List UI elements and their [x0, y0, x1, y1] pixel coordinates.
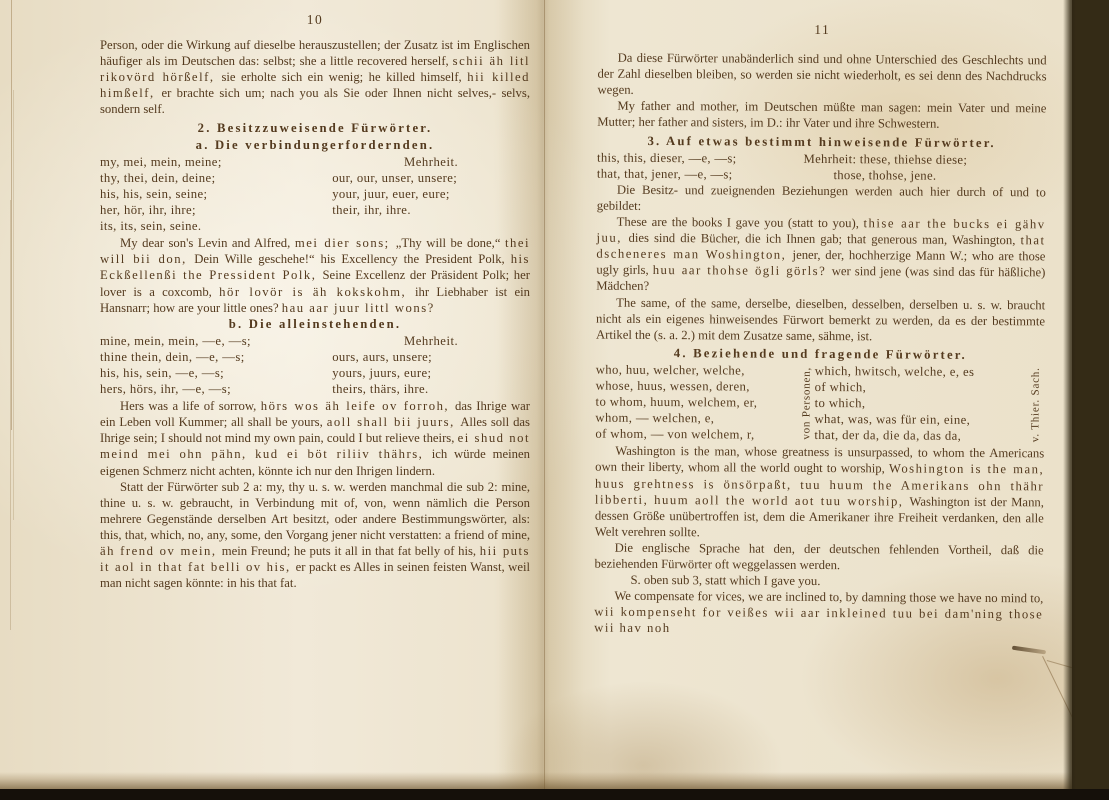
rotated-label-persons: von Personen,: [797, 363, 814, 444]
pronoun-line: my, mei, mein, meine;: [100, 154, 332, 170]
text-run: Die englische Sprache hat den, der deuts…: [595, 541, 1044, 572]
paragraph: Hers was a life of sorrow, hörs wos äh l…: [100, 398, 530, 478]
rotated-label-things: v. Thier. Sach.: [1027, 364, 1044, 445]
pronoun-list-singular: mine, mein, mein, —e, —s;thine thein, de…: [100, 333, 332, 397]
phonetic-text: aoll shall bii juurs,: [327, 415, 461, 429]
text-run: My father and mother, im Deutschen müßte…: [597, 99, 1046, 131]
pronoun-line: his, his, sein, seine;: [100, 186, 332, 202]
text-run: dies sind die Bücher, die ich Ihnen gab;…: [628, 231, 1020, 247]
plural-title: Mehrheit.: [332, 154, 530, 170]
page-10-content: Person, oder die Wirkung auf dieselbe he…: [100, 37, 530, 591]
table-column-things: which, hwitsch, welche, e, esof which,to…: [814, 363, 1027, 445]
pronoun-line: to which,: [815, 395, 1028, 412]
phonetic-text: mei dier sons;: [295, 236, 396, 250]
pronoun-line: to whom, huum, welchem, er,: [596, 394, 798, 411]
paragraph: Statt der Fürwörter sub 2 a: my, thy u. …: [100, 479, 530, 592]
pronoun-line: of which,: [815, 379, 1028, 396]
rotated-text: v. Thier. Sach.: [1028, 367, 1045, 442]
pronoun-line: who, huu, welcher, welche,: [596, 362, 798, 379]
pronoun-line: which, hwitsch, welche, e, es: [815, 363, 1028, 380]
page-11: 11 Da diese Fürwörter unabänderlich sind…: [594, 21, 1047, 639]
pronoun-line: Mehrheit: these, thiehse diese;: [804, 151, 968, 168]
text-run: My dear son's Levin and Alfred,: [120, 236, 295, 250]
pronoun-line: thy, thei, dein, deine;: [100, 170, 332, 186]
section-heading: b. Die alleinstehenden.: [100, 316, 530, 332]
text-run: mein Freund; he puts it all in that fat …: [222, 544, 480, 558]
page-number: 10: [100, 12, 530, 28]
section-heading: 4. Beziehende und fragende Fürwörter.: [596, 344, 1045, 363]
pronoun-line: of whom, — von welchem, r,: [595, 426, 797, 443]
pronoun-line: their, ihr, ihre.: [332, 202, 530, 218]
pronoun-line: what, was, was für ein, eine,: [814, 411, 1027, 428]
pronoun-line: whose, huus, wessen, deren,: [596, 378, 798, 395]
pronoun-line: her, hör, ihr, ihre;: [100, 202, 332, 218]
text-run: „Thy will be done,“: [396, 236, 505, 250]
text-run: Die Besitz- und zueignenden Beziehungen …: [597, 183, 1046, 213]
book-scan: 10 Person, oder die Wirkung auf dieselbe…: [0, 0, 1109, 800]
pronoun-line: our, our, unser, unsere;: [332, 170, 530, 186]
pronoun-line: mine, mein, mein, —e, —s;: [100, 333, 332, 349]
pronoun-line: thine thein, dein, —e, —s;: [100, 349, 332, 365]
pronoun-list-plural: Mehrheit.our, our, unser, unsere;your, j…: [332, 154, 530, 234]
demonstrative-list: this, this, dieser, —e, —s;Mehrheit: the…: [597, 149, 1046, 184]
rotated-text: von Personen,: [798, 367, 815, 440]
text-run: The same, of the same, derselbe, dieselb…: [596, 295, 1045, 343]
paragraph: The same, of the same, derselbe, dieselb…: [596, 294, 1045, 345]
paragraph: Die englische Sprache hat den, der deuts…: [595, 540, 1044, 575]
relative-pronoun-table: who, huu, welcher, welche,whose, huus, w…: [595, 362, 1044, 445]
paragraph: Da diese Fürwörter unabänderlich sind un…: [597, 50, 1046, 101]
paragraph: Die Besitz- und zueignenden Beziehungen …: [597, 181, 1046, 216]
phonetic-text: hörs wos äh leife ov forroh,: [261, 399, 455, 413]
pronoun-line: those, thohse, jene.: [803, 167, 936, 184]
pronoun-list: mine, mein, mein, —e, —s;thine thein, de…: [100, 333, 530, 397]
pronoun-line: its, its, sein, seine.: [100, 218, 332, 234]
pronoun-line: hers, hörs, ihr, —e, —s;: [100, 381, 332, 397]
paragraph: These are the books I gave you (statt to…: [596, 214, 1045, 297]
paragraph: My father and mother, im Deutschen müßte…: [597, 98, 1046, 133]
text-run: S. oben sub 3, statt which I gave you.: [630, 573, 820, 588]
page-number: 11: [598, 21, 1047, 40]
pronoun-list: my, mei, mein, meine;thy, thei, dein, de…: [100, 154, 530, 234]
paragraph: Person, oder die Wirkung auf dieselbe he…: [100, 37, 530, 117]
pronoun-line: whom, — welchen, e,: [595, 410, 797, 427]
page-11-content: Da diese Fürwörter unabänderlich sind un…: [594, 50, 1047, 639]
text-run: Hers was a life of sorrow,: [120, 399, 261, 413]
pronoun-line: his, his, sein, —e, —s;: [100, 365, 332, 381]
paragraph: My dear son's Levin and Alfred, mei dier…: [100, 235, 530, 315]
pronoun-line: this, this, dieser, —e, —s;: [597, 149, 804, 166]
pronoun-line: that, that, jener, —e, —s;: [597, 165, 804, 182]
pronoun-line: your, juur, euer, eure;: [332, 186, 530, 202]
gutter-crease-line: [544, 0, 545, 789]
text-run: Dein Wille geschehe!“ his Excellency the…: [194, 252, 510, 266]
pronoun-line: yours, juurs, eure;: [332, 365, 530, 381]
text-run: These are the books I gave you (statt to…: [617, 215, 864, 231]
pronoun-line: theirs, thärs, ihre.: [332, 381, 530, 397]
paper-spread: 10 Person, oder die Wirkung auf dieselbe…: [0, 0, 1072, 789]
phonetic-text: wii kompenseht for veißes wii aar inklei…: [594, 605, 1043, 636]
section-heading: 3. Auf etwas bestimmt hinweisende Fürwör…: [597, 132, 1046, 151]
phonetic-text: hau aar juur littl wons?: [282, 301, 435, 315]
scan-dark-edge-bottom: [0, 789, 1109, 800]
paragraph: We compensate for vices, we are inclined…: [594, 588, 1043, 639]
phonetic-text: hör lovör is äh kokskohm,: [219, 285, 415, 299]
paper-crease-mark: [1012, 646, 1046, 655]
plural-title: Mehrheit.: [332, 333, 530, 349]
pronoun-line: ours, aurs, unsere;: [332, 349, 530, 365]
section-heading: 2. Besitzzuweisende Fürwörter.: [100, 120, 530, 136]
paragraph: Washington is the man, whose greatness i…: [595, 443, 1045, 542]
phonetic-text: äh frend ov mein,: [100, 544, 222, 558]
pronoun-line: that, der da, die da, das da,: [814, 427, 1027, 444]
text-run: Da diese Fürwörter unabänderlich sind un…: [597, 51, 1046, 97]
page-10: 10 Person, oder die Wirkung auf dieselbe…: [100, 12, 530, 591]
text-run: We compensate for vices, we are inclined…: [614, 589, 1043, 606]
pronoun-list-singular: my, mei, mein, meine;thy, thei, dein, de…: [100, 154, 332, 234]
bottom-edge-smear: [0, 772, 1072, 789]
pronoun-list-plural: Mehrheit.ours, aurs, unsere;yours, juurs…: [332, 333, 530, 397]
text-run: sie erholte sich ein wenig; he killed hi…: [221, 70, 467, 84]
section-heading: a. Die verbindungerfordernden.: [100, 137, 530, 153]
table-column-persons: who, huu, welcher, welche,whose, huus, w…: [595, 362, 798, 444]
phonetic-text: huu aar thohse ögli görls?: [653, 263, 832, 278]
scan-dark-edge-right: [1063, 0, 1109, 800]
text-run: er brachte sich um; nach you als Sie ode…: [100, 86, 530, 116]
text-run: Statt der Fürwörter sub 2 a: my, thy u. …: [100, 480, 530, 542]
torn-edge-line: [11, 0, 12, 430]
